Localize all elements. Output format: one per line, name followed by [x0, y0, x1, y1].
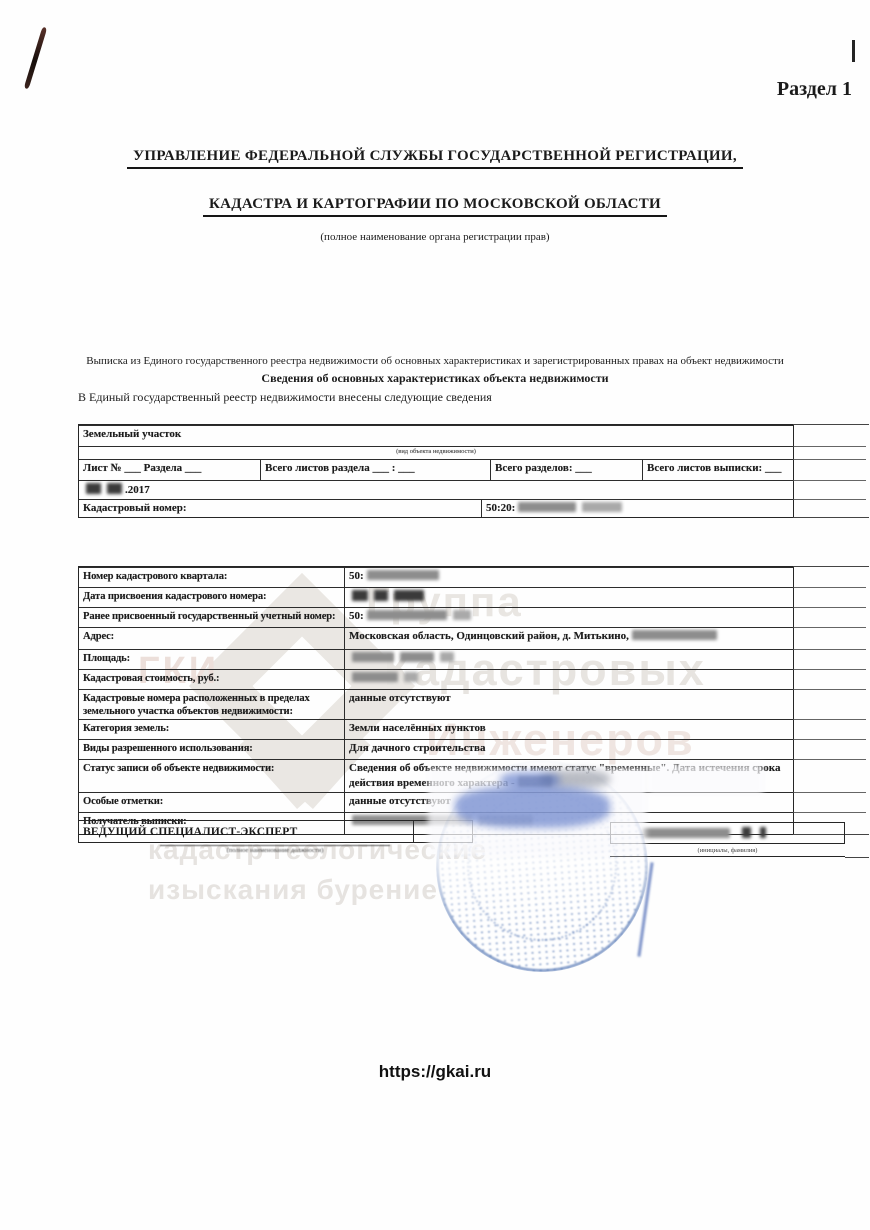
row-label: Дата присвоения кадастрового номера:	[79, 588, 345, 607]
row-label: Кадастровая стоимость, руб.:	[79, 670, 345, 689]
redaction-blur	[352, 652, 394, 662]
row-value: 50:	[345, 568, 793, 587]
redaction-blur	[760, 827, 766, 838]
row-label: Виды разрешенного использования:	[79, 740, 345, 759]
row-value: Для дачного строительства	[345, 740, 793, 759]
position-caption: (полное наименование должности)	[160, 845, 390, 854]
redaction-blur	[352, 590, 368, 601]
row-value: Московская область, Одинцовский район, д…	[345, 628, 793, 649]
row-label: Статус записи об объекте недвижимости:	[79, 760, 345, 792]
row-value: 50:	[345, 608, 793, 627]
scan-corner-tick	[852, 40, 855, 62]
redaction-blur	[632, 630, 717, 640]
value-prefix: 50:	[349, 570, 364, 582]
sheet-number-cell: Лист № ___ Раздела ___	[79, 460, 261, 480]
scan-line-artifact	[793, 566, 869, 567]
pen-mark	[24, 27, 47, 90]
scan-blur-patch	[648, 764, 763, 794]
scan-line-artifact	[793, 517, 869, 518]
sheet-counters-row: Лист № ___ Раздела ___ Всего листов разд…	[79, 459, 793, 480]
redaction-blur	[86, 483, 101, 494]
intro-line: В Единый государственный реестр недвижим…	[78, 390, 492, 405]
org-name-caption: (полное наименование органа регистрации …	[0, 231, 870, 243]
redaction-blur	[404, 672, 418, 682]
signature-box-divider	[413, 821, 414, 842]
redaction-blur	[107, 483, 122, 494]
table-row: Адрес: Московская область, Одинцовский р…	[79, 627, 793, 649]
table-row: Категория земель: Земли населённых пункт…	[79, 719, 793, 739]
extract-date-year: .2017	[125, 484, 150, 496]
row-value: данные отсутствуют	[345, 690, 793, 719]
row-label: Площадь:	[79, 650, 345, 669]
object-header-table: Земельный участок (вид объекта недвижимо…	[78, 424, 794, 518]
date-row: .2017	[79, 480, 793, 499]
row-label: Кадастровые номера расположенных в преде…	[79, 690, 345, 719]
row-label: Особые отметки:	[79, 793, 345, 812]
document-title: Выписка из Единого государственного реес…	[0, 355, 870, 367]
address-visible-text: Московская область, Одинцовский район, д…	[349, 630, 629, 642]
section-label: Раздел 1	[777, 78, 852, 101]
total-sheets-section-cell: Всего листов раздела ___ : ___	[261, 460, 491, 480]
table-row: Виды разрешенного использования: Для дач…	[79, 739, 793, 759]
row-label: Адрес:	[79, 628, 345, 649]
object-type-row: Земельный участок	[79, 425, 793, 446]
redaction-blur	[400, 652, 434, 662]
scan-line-artifact	[793, 424, 869, 425]
redaction-blur	[367, 570, 439, 580]
extract-date: .2017	[79, 481, 154, 499]
object-type: Земельный участок	[79, 426, 185, 446]
table-row: Кадастровые номера расположенных в преде…	[79, 689, 793, 719]
object-type-caption-row: (вид объекта недвижимости)	[79, 446, 793, 459]
cadastral-number-label: Кадастровый номер:	[79, 500, 482, 517]
watermark-tagline-2: изыскания бурение	[148, 874, 438, 906]
row-label: Номер кадастрового квартала:	[79, 568, 345, 587]
table-row: Площадь:	[79, 649, 793, 669]
redaction-blur	[440, 652, 454, 662]
signer-position-box: ВЕДУЩИЙ СПЕЦИАЛИСТ-ЭКСПЕРТ	[78, 820, 473, 843]
row-label: Категория земель:	[79, 720, 345, 739]
table-row: Кадастровая стоимость, руб.:	[79, 669, 793, 689]
org-name-line1: УПРАВЛЕНИЕ ФЕДЕРАЛЬНОЙ СЛУЖБЫ ГОСУДАРСТВ…	[0, 148, 870, 165]
row-value	[345, 588, 793, 607]
row-value	[345, 670, 793, 689]
redaction-blur	[367, 610, 447, 620]
redaction-blur	[453, 610, 471, 620]
signature-ink	[455, 786, 610, 828]
cadastral-number-prefix: 50:20:	[486, 502, 515, 514]
org-name-line1-text: УПРАВЛЕНИЕ ФЕДЕРАЛЬНОЙ СЛУЖБЫ ГОСУДАРСТВ…	[127, 148, 743, 169]
object-type-caption: (вид объекта недвижимости)	[79, 447, 793, 459]
org-name-line2: КАДАСТРА И КАРТОГРАФИИ ПО МОСКОВСКОЙ ОБЛ…	[0, 196, 870, 213]
redaction-blur	[582, 502, 622, 512]
document-subtitle: Сведения об основных характеристиках объ…	[0, 371, 870, 386]
table-row: Номер кадастрового квартала: 50:	[79, 567, 793, 587]
redaction-blur	[352, 672, 398, 682]
redaction-blur	[374, 590, 388, 601]
cadastral-number-value: 50:20:	[482, 500, 793, 517]
redaction-blur	[518, 502, 576, 512]
redaction-blur	[642, 828, 730, 838]
value-prefix: 50:	[349, 610, 364, 622]
signature-ink	[500, 772, 560, 788]
table-row: Ранее присвоенный государственный учетны…	[79, 607, 793, 627]
redaction-blur	[394, 590, 424, 601]
total-sections-cell: Всего разделов: ___	[491, 460, 643, 480]
total-sheets-extract-cell: Всего листов выписки: ___	[643, 460, 793, 480]
redaction-blur	[742, 827, 751, 838]
row-value: Земли населённых пунктов	[345, 720, 793, 739]
row-label: Ранее присвоенный государственный учетны…	[79, 608, 345, 627]
source-url: https://gkai.ru	[0, 1062, 870, 1082]
scanned-egrn-extract-page: ГКИ Группа Кадастровых Инженеров кадастр…	[0, 0, 870, 1230]
cadastral-number-row: Кадастровый номер: 50:20:	[79, 499, 793, 517]
org-name-line2-text: КАДАСТРА И КАРТОГРАФИИ ПО МОСКОВСКОЙ ОБЛ…	[203, 196, 667, 217]
signer-position-title: ВЕДУЩИЙ СПЕЦИАЛИСТ-ЭКСПЕРТ	[79, 826, 297, 838]
row-value	[345, 650, 793, 669]
table-row: Дата присвоения кадастрового номера:	[79, 587, 793, 607]
